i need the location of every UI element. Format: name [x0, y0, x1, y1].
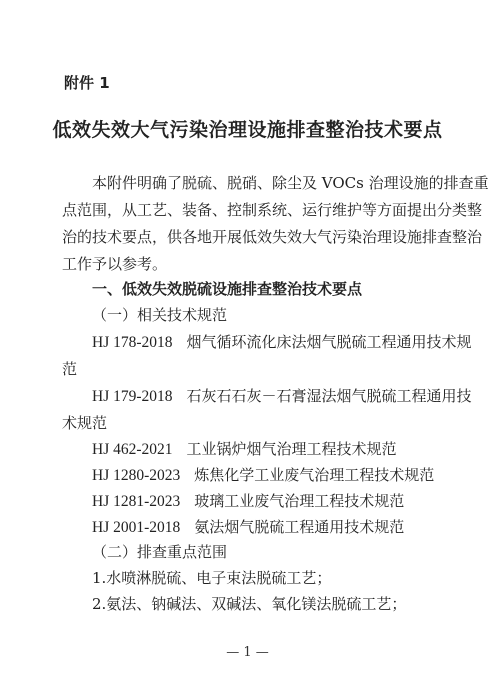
standard-code: HJ 1281-2023	[92, 493, 180, 511]
section-heading: 一、低效失效脱硫设施排查整治技术要点	[92, 278, 362, 299]
standard-name: 玻璃工业废气治理工程技术规范	[194, 492, 404, 510]
standard-code: HJ 179-2018	[92, 388, 173, 406]
list-item: 1.水喷淋脱硫、电子束法脱硫工艺；	[92, 567, 331, 588]
subsection-heading: （二）排查重点范围	[92, 541, 227, 562]
attachment-label: 附件 1	[64, 72, 110, 93]
standard-code: HJ 178-2018	[92, 334, 173, 352]
standard-name: 炼焦化学工业废气治理工程技术规范	[194, 466, 434, 484]
list-item: 2.氨法、钠碱法、双碱法、氧化镁法脱硫工艺；	[92, 593, 406, 614]
standard-row: HJ 1281-2023玻璃工业废气治理工程技术规范	[92, 490, 404, 511]
standard-name: 氨法烟气脱硫工程通用技术规范	[194, 518, 404, 536]
document-title: 低效失效大气污染治理设施排查整治技术要点	[0, 115, 495, 142]
standard-name-continued: 术规范	[62, 412, 107, 433]
standard-row: HJ 178-2018烟气循环流化床法烟气脱硫工程通用技术规	[92, 331, 472, 352]
intro-line-2: 点范围，从工艺、装备、控制系统、运行维护等方面提出分类整	[62, 199, 482, 220]
standard-name: 烟气循环流化床法烟气脱硫工程通用技术规	[187, 333, 472, 351]
intro-line-4: 工作予以参考。	[62, 253, 167, 274]
page-number: — 1 —	[0, 645, 495, 660]
standard-name-continued: 范	[62, 358, 77, 379]
standard-row: HJ 2001-2018氨法烟气脱硫工程通用技术规范	[92, 516, 404, 537]
intro-line-3: 治的技术要点，供各地开展低效失效大气污染治理设施排查整治	[62, 226, 482, 247]
standard-row: HJ 462-2021工业锅炉烟气治理工程技术规范	[92, 438, 397, 459]
standard-code: HJ 1280-2023	[92, 467, 180, 485]
standard-row: HJ 1280-2023炼焦化学工业废气治理工程技术规范	[92, 464, 434, 485]
standard-row: HJ 179-2018石灰石石灰－石膏湿法烟气脱硫工程通用技	[92, 385, 472, 406]
standard-name: 石灰石石灰－石膏湿法烟气脱硫工程通用技	[187, 387, 472, 405]
standard-code: HJ 462-2021	[92, 441, 173, 459]
subsection-heading: （一）相关技术规范	[92, 304, 227, 325]
document-page: 附件 1 低效失效大气污染治理设施排查整治技术要点 本附件明确了脱硫、脱硝、除尘…	[0, 0, 495, 699]
standard-code: HJ 2001-2018	[92, 519, 180, 537]
standard-name: 工业锅炉烟气治理工程技术规范	[187, 440, 397, 458]
intro-line-1: 本附件明确了脱硫、脱硝、除尘及 VOCs 治理设施的排查重	[92, 172, 489, 193]
